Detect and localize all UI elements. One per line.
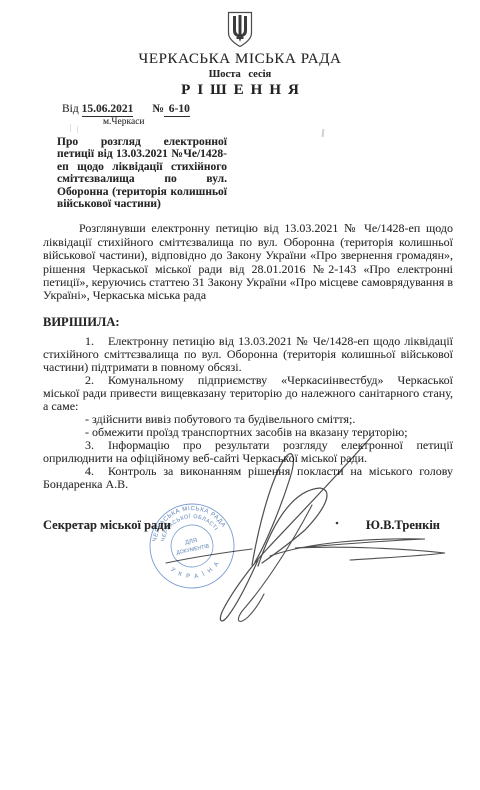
list-item: 1.Електронну петицію від 13.03.2021 № Че… <box>43 335 453 374</box>
number-label: № <box>152 103 164 115</box>
subject-block: Про розгляд електронної петиції від 13.0… <box>57 136 227 210</box>
list-sub-item: - здійснити вивіз побутового та будівель… <box>43 413 453 426</box>
date-label: Від <box>62 103 79 115</box>
decision-date: 15.06.2021 <box>82 103 134 117</box>
preamble-paragraph: Розглянувши електронну петицію від 13.03… <box>43 222 453 302</box>
date-number-row: Від 15.06.2021 №6-10 <box>62 103 453 115</box>
document-header: ЧЕРКАСЬКА МІСЬКА РАДА Шоста сесія РІШЕНН… <box>0 0 480 99</box>
session-label: Шоста сесія <box>0 69 480 80</box>
signature-scrawl <box>148 426 470 626</box>
scan-artifact <box>70 124 71 132</box>
item-text: Електронну петицію від 13.03.2021 № Че/1… <box>43 334 453 374</box>
item-number: 2. <box>85 373 94 387</box>
item-text: Комунальному підприємству «Черкасиінвест… <box>43 373 453 413</box>
city-line: м.Черкаси <box>103 117 453 127</box>
ukraine-trident-emblem-icon <box>227 11 253 48</box>
item-number: 3. <box>85 438 94 452</box>
item-number: 4. <box>85 464 94 478</box>
scan-artifact <box>77 126 78 133</box>
resolved-heading: ВИРІШИЛА: <box>43 315 453 330</box>
item-number: 1. <box>85 334 94 348</box>
document-type-title: РІШЕННЯ <box>0 82 480 99</box>
scanned-decision-document: ЧЕРКАСЬКА МІСЬКА РАДА Шоста сесія РІШЕНН… <box>0 0 480 790</box>
list-item: 2.Комунальному підприємству «Черкасиінве… <box>43 374 453 413</box>
council-name: ЧЕРКАСЬКА МІСЬКА РАДА <box>0 51 480 68</box>
decision-number: 6-10 <box>164 103 190 117</box>
